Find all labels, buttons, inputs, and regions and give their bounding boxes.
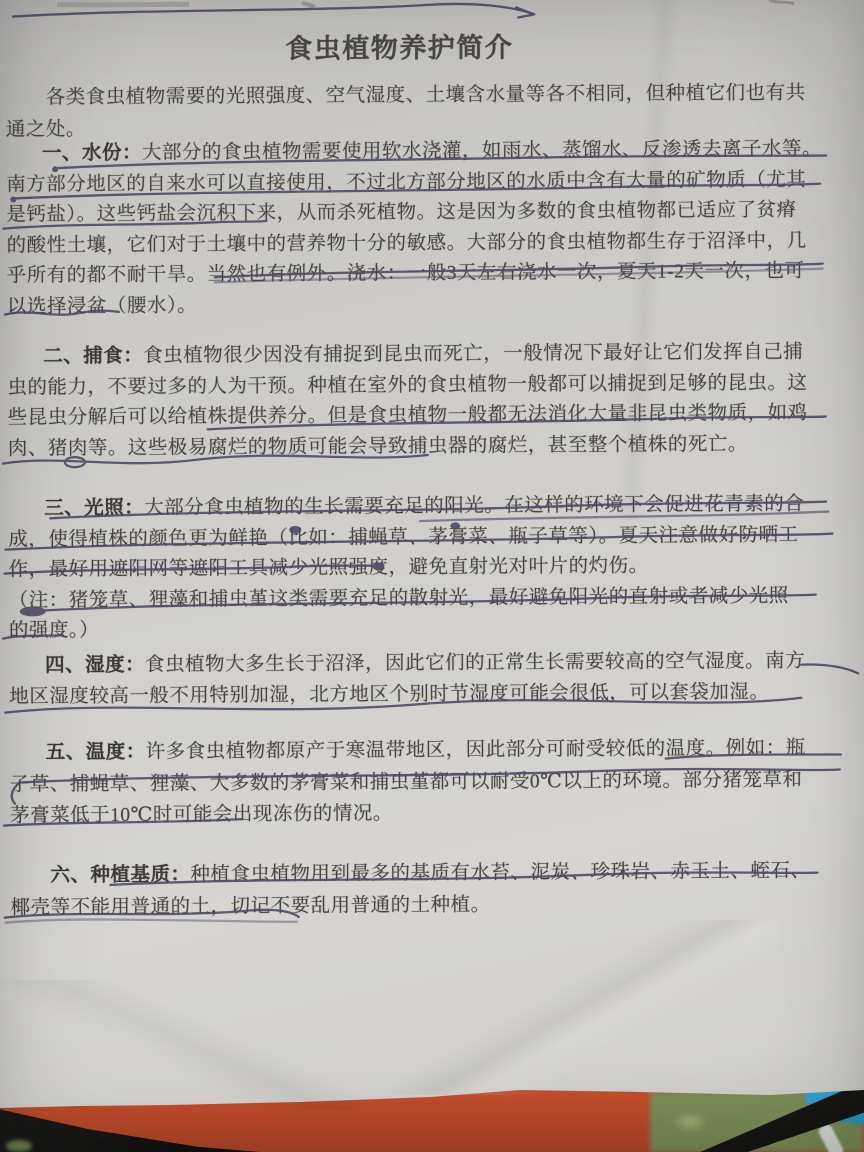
line-text: 椰壳等不能用普通的土，切记不要乱用普通的土种植。 — [11, 894, 491, 918]
text-line: 各类食虫植物需要的光照强度、空气湿度、土壤含水量等各不相同，但种植它们也有共 — [6, 77, 856, 114]
line-text: 子草、捕蝇草、狸藻、大多数的茅膏菜和捕虫堇都可以耐受0℃以上的环境。部分猪笼草和 — [10, 769, 803, 795]
cut-off-text-fragment — [57, 0, 794, 8]
text-line: 地区湿度较高一般不用特别加湿，北方地区个别时节湿度可能会很低，可以套袋加湿。 — [9, 676, 859, 712]
paragraph-section: 二、捕食：食虫植物很少因没有捕捉到昆虫而死亡，一般情况下最好让它们发挥自己捕虫的… — [7, 337, 858, 464]
paragraph-section: 五、温度：许多食虫植物都原产于寒温带地区，因此部分可耐受较低的温度。例如：瓶子草… — [10, 732, 861, 832]
text-line: 子草、捕蝇草、狸藻、大多数的茅膏菜和捕虫堇都可以耐受0℃以上的环境。部分猪笼草和 — [10, 764, 860, 801]
line-text: 茅膏菜低于10℃时可能会出现冻伤的情况。 — [10, 803, 393, 826]
text-line: 椰壳等不能用普通的土，切记不要乱用普通的土种植。 — [11, 887, 861, 924]
section-heading: 五、温度： — [46, 742, 146, 764]
text-line: 六、种植基质：种植食虫植物用到最多的基质有水苔、泥炭、珍珠岩、赤玉土、蛭石、 — [10, 855, 860, 892]
text-line: 一、水份：大部分的食虫植物需要使用软水浇灌，如雨水、蒸馏水、反渗透去离子水等。 — [6, 134, 856, 170]
text-line: 是钙盐）。这些钙盐会沉积下来，从而杀死植物。这是因为多数的食虫植物都已适应了贫瘠 — [6, 195, 856, 231]
paragraph-section: 一、水份：大部分的食虫植物需要使用软水浇灌，如雨水、蒸馏水、反渗透去离子水等。南… — [6, 134, 857, 322]
line-text: 大部分食虫植物的生长需要充足的阳光。在这样的环境下会促进花青素的合 — [144, 494, 804, 519]
line-text: 大部分的食虫植物需要使用软水浇灌，如雨水、蒸馏水、反渗透去离子水等。 — [142, 139, 822, 164]
line-text: 种植食虫植物用到最多的基质有水苔、泥炭、珍珠岩、赤玉土、蛭石、 — [190, 861, 810, 886]
text-line: 二、捕食：食虫植物很少因没有捕捉到昆虫而死亡，一般情况下最好让它们发挥自己捕 — [7, 337, 857, 373]
text-line: 三、光照：大部分食虫植物的生长需要充足的阳光。在这样的环境下会促进花青素的合 — [8, 489, 858, 525]
line-text: 南方部分地区的自来水可以直接使用，不过北方部分地区的水质中含有大量的矿物质（尤其 — [6, 169, 806, 195]
text-line: 以选择浸盆（腰水）。 — [7, 287, 857, 323]
line-text: 通之处。 — [6, 119, 86, 140]
text-line: 些昆虫分解后可以给植株提供养分。但是食虫植物一般都无法消化大量非昆虫类物质，如鸡 — [8, 398, 858, 434]
paragraph-section: 六、种植基质：种植食虫植物用到最多的基质有水苔、泥炭、珍珠岩、赤玉土、蛭石、椰壳… — [10, 855, 860, 923]
line-text: 地区湿度较高一般不用特别加湿，北方地区个别时节湿度可能会很低，可以套袋加湿。 — [9, 682, 769, 708]
line-text: 作，最好用遮阳网等遮阳工具减少光照强度，避免直射光对叶片的灼伤。 — [8, 556, 648, 581]
line-text: 乎所有的都不耐干旱。当然也有例外。浇水：一般3天左右浇水一次，夏天1-2天一次，… — [7, 261, 805, 287]
photo-of-document: 食虫植物养护简介 各类食虫植物需要的光照强度、空气湿度、土壤含水量等各不相同，但… — [0, 0, 864, 1152]
line-text: （注：猪笼草、狸藻和捕虫堇这类需要充足的散射光，最好避免阳光的直射或者减少光照 — [9, 585, 789, 611]
line-text: 成，使得植株的颜色更为鲜艳（比如：捕蝇草、茅膏菜、瓶子草等）。夏天注意做好防晒工 — [8, 524, 798, 550]
paragraph-section: 四、湿度：食虫植物大多生长于沼泽，因此它们的正常生长需要较高的空气湿度。南方地区… — [9, 645, 859, 712]
document-content: 食虫植物养护简介 各类食虫植物需要的光照强度、空气湿度、土壤含水量等各不相同，但… — [0, 0, 864, 1152]
text-line: 成，使得植株的颜色更为鲜艳（比如：捕蝇草、茅膏菜、瓶子草等）。夏天注意做好防晒工 — [8, 520, 858, 556]
section-heading: 二、捕食： — [43, 346, 143, 368]
text-line: 肉、猪肉等。这些极易腐烂的物质可能会导致捕虫器的腐烂，甚至整个植株的死亡。 — [8, 429, 858, 465]
section-heading: 六、种植基质： — [50, 864, 190, 886]
line-text: 食虫植物大多生长于沼泽，因此它们的正常生长需要较高的空气湿度。南方 — [145, 651, 805, 676]
section-heading: 四、湿度： — [45, 655, 145, 677]
text-line: 乎所有的都不耐干旱。当然也有例外。浇水：一般3天左右浇水一次，夏天1-2天一次，… — [7, 256, 857, 292]
line-text: 虫的能力，不要过多的人为干预。种植在室外的食虫植物一般都可以捕捉到足够的昆虫。这 — [7, 372, 807, 398]
line-text: 些昆虫分解后可以给植株提供养分。但是食虫植物一般都无法消化大量非昆虫类物质，如鸡 — [8, 403, 808, 429]
text-line: 四、湿度：食虫植物大多生长于沼泽，因此它们的正常生长需要较高的空气湿度。南方 — [9, 645, 859, 681]
line-text: 的酸性土壤，它们对于土壤中的营养物十分的敏感。大部分的食虫植物都生存于沼泽中，几 — [6, 230, 806, 256]
section-heading: 一、水份： — [42, 143, 142, 165]
page-title: 食虫植物养护简介 — [285, 25, 513, 65]
line-text: 各类食虫植物需要的光照强度、空气湿度、土壤含水量等各不相同，但种植它们也有共 — [46, 83, 806, 109]
line-text: 食虫植物很少因没有捕捉到昆虫而死亡，一般情况下最好让它们发挥自己捕 — [143, 342, 803, 367]
text-line: 五、温度：许多食虫植物都原产于寒温带地区，因此部分可耐受较低的温度。例如：瓶 — [10, 732, 860, 769]
text-line: 的强度。） — [9, 611, 859, 647]
line-text: 肉、猪肉等。这些极易腐烂的物质可能会导致捕虫器的腐烂，甚至整个植株的死亡。 — [8, 434, 748, 460]
paragraph-section: 三、光照：大部分食虫植物的生长需要充足的阳光。在这样的环境下会促进花青素的合成，… — [8, 489, 859, 647]
line-text: 以选择浸盆（腰水）。 — [7, 295, 197, 317]
section-heading: 三、光照： — [44, 498, 144, 520]
text-line: 茅膏菜低于10℃时可能会出现冻伤的情况。 — [10, 795, 860, 832]
text-line: （注：猪笼草、狸藻和捕虫堇这类需要充足的散射光，最好避免阳光的直射或者减少光照 — [9, 581, 859, 617]
line-text: 是钙盐）。这些钙盐会沉积下来，从而杀死植物。这是因为多数的食虫植物都已适应了贫瘠 — [6, 200, 796, 226]
line-text: 许多食虫植物都原产于寒温带地区，因此部分可耐受较低的温度。例如：瓶 — [146, 738, 806, 763]
line-text: 的强度。） — [9, 620, 99, 642]
